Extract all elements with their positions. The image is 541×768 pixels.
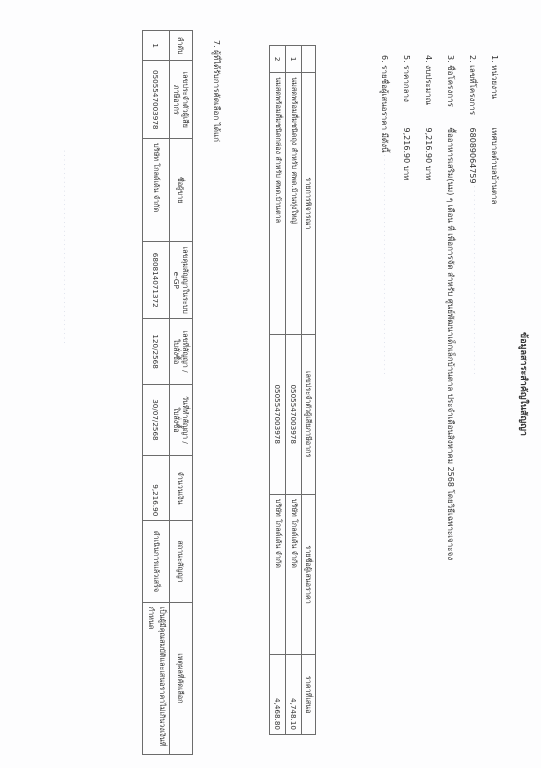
col-header: สถานะสัญญา xyxy=(170,521,193,602)
col-header: เลขคุมสัญญาในระบบ e-GP xyxy=(170,242,193,319)
col-header: เหตุผลที่คัดเลือก xyxy=(170,602,193,754)
selected-heading: 7. ผู้ที่ได้รับการคัดเลือก ได้แก่ xyxy=(210,40,223,142)
field-label: 7. ผู้ที่ได้รับการคัดเลือก ได้แก่ xyxy=(212,40,221,142)
field-value: 9,216.90 บาท xyxy=(422,128,435,181)
table-header-row: ลำดับ เลขประจำตัวผู้เสียภาษีอากร ชื่อผู้… xyxy=(170,31,193,755)
bleed-through-text: . . . . . . . . . . . . . . . . . . . . … xyxy=(471,150,481,620)
col-header xyxy=(302,46,316,73)
col-header: เลขประจำตัวผู้เสียภาษีอากร xyxy=(302,334,316,494)
col-header: รายชื่อผู้เสนอราคา xyxy=(302,494,316,654)
cell-tax-id: 0505547003978 xyxy=(270,334,286,494)
cell-contract-date: 30/07/2568 xyxy=(143,384,170,455)
document-title: ข้อมูลสาระสำคัญในสัญญา xyxy=(517,0,531,768)
bleed-through-text: . . . . . . . . . . . . . . . . . . . . … xyxy=(381,150,391,620)
col-header: วันที่ทำสัญญา / ใบสั่งซื้อ xyxy=(170,384,193,455)
field-label: 4. งบประมาณ xyxy=(422,55,435,125)
cell-price: 4,748.10 xyxy=(286,655,302,735)
field-agency: 1. หน่วยงาน เทศบาลตำบลบ้านตาล xyxy=(488,55,501,204)
col-header: เลขประจำตัวผู้เสียภาษีอากร xyxy=(170,61,193,139)
cell-tax-id: 0505547003978 xyxy=(286,334,302,494)
cell-index: 2 xyxy=(270,46,286,73)
col-header: ราคาที่เสนอ xyxy=(302,655,316,735)
bleed-through-text: . . . . . . . . . . . . . . . . . . . . … xyxy=(61,150,71,620)
field-bidders-heading: 6. รายชื่อผู้เสนอราคา มีดังนี้ xyxy=(378,55,391,152)
cell-vendor: บริษัท โกลด์เด้น จำกัด xyxy=(143,139,170,242)
field-value: ซื้ออาหารเสริม(นม) ๆ เดือน ที่ เพื่อการจ… xyxy=(444,128,457,561)
field-median-price: 5. ราคากลาง 9,216.90 บาท xyxy=(400,55,413,181)
cell-index: 1 xyxy=(286,46,302,73)
cell-contract-number: 120/2568 xyxy=(143,319,170,385)
field-project-name: 3. ชื่อโครงการ ซื้ออาหารเสริม(นม) ๆ เดือ… xyxy=(444,55,457,560)
cell-bidder: บริษัท โกลด์เด้น จำกัด xyxy=(286,494,302,654)
field-project-number: 2. เลขที่โครงการ 68089064759 xyxy=(466,55,479,184)
cell-item: นมสดพร้อมดื่มชนิดกล่อง สำหรับ ศพด.บ้านตา… xyxy=(270,73,286,334)
cell-tax-id: 0505547003978 xyxy=(143,61,170,139)
cell-reason: เป็นผู้มีคุณสมบัติและเสนอราคาไม่เกินวงเง… xyxy=(143,602,170,754)
field-label: 3. ชื่อโครงการ xyxy=(444,55,457,125)
table-row: 2 นมสดพร้อมดื่มชนิดกล่อง สำหรับ ศพด.บ้าน… xyxy=(270,46,286,735)
cell-index: 1 xyxy=(143,31,170,61)
col-header: ชื่อผู้ขาย xyxy=(170,139,193,242)
cell-price: 4,468.80 xyxy=(270,655,286,735)
field-value: เทศบาลตำบลบ้านตาล xyxy=(488,128,501,205)
field-label: 5. ราคากลาง xyxy=(400,55,413,125)
cell-amount: 9,216.90 xyxy=(143,455,170,520)
cell-item: นมสดพร้อมดื่มชนิดถุง สำหรับ ศพด.บ้านทุ่ง… xyxy=(286,73,302,334)
selected-vendor-table: ลำดับ เลขประจำตัวผู้เสียภาษีอากร ชื่อผู้… xyxy=(142,30,193,755)
table-row: 1 นมสดพร้อมดื่มชนิดถุง สำหรับ ศพด.บ้านทุ… xyxy=(286,46,302,735)
cell-bidder: บริษัท โกลด์เด้น จำกัด xyxy=(270,494,286,654)
col-header: รายการพิจารณา xyxy=(302,73,316,334)
col-header: เลขที่สัญญา / ใบสั่งซื้อ xyxy=(170,319,193,385)
bidders-table: รายการพิจารณา เลขประจำตัวผู้เสียภาษีอากร… xyxy=(269,45,316,735)
field-label: 6. รายชื่อผู้เสนอราคา มีดังนี้ xyxy=(380,55,389,152)
cell-status: ดำเนินการแล้วเสร็จ xyxy=(143,521,170,602)
col-header: จำนวนเงิน xyxy=(170,455,193,520)
field-label: 2. เลขที่โครงการ xyxy=(466,55,479,125)
col-header: ลำดับ xyxy=(170,31,193,61)
document-page: . . . . . . . . . . . . . . . . . . . . … xyxy=(0,0,541,768)
cell-egp-number: 680814071372 xyxy=(143,242,170,319)
field-value: 9,216.90 บาท xyxy=(400,128,413,181)
table-row: 1 0505547003978 บริษัท โกลด์เด้น จำกัด 6… xyxy=(143,31,170,755)
table-header-row: รายการพิจารณา เลขประจำตัวผู้เสียภาษีอากร… xyxy=(302,46,316,735)
field-budget: 4. งบประมาณ 9,216.90 บาท xyxy=(422,55,435,181)
field-value: 68089064759 xyxy=(468,128,477,184)
field-label: 1. หน่วยงาน xyxy=(488,55,501,125)
